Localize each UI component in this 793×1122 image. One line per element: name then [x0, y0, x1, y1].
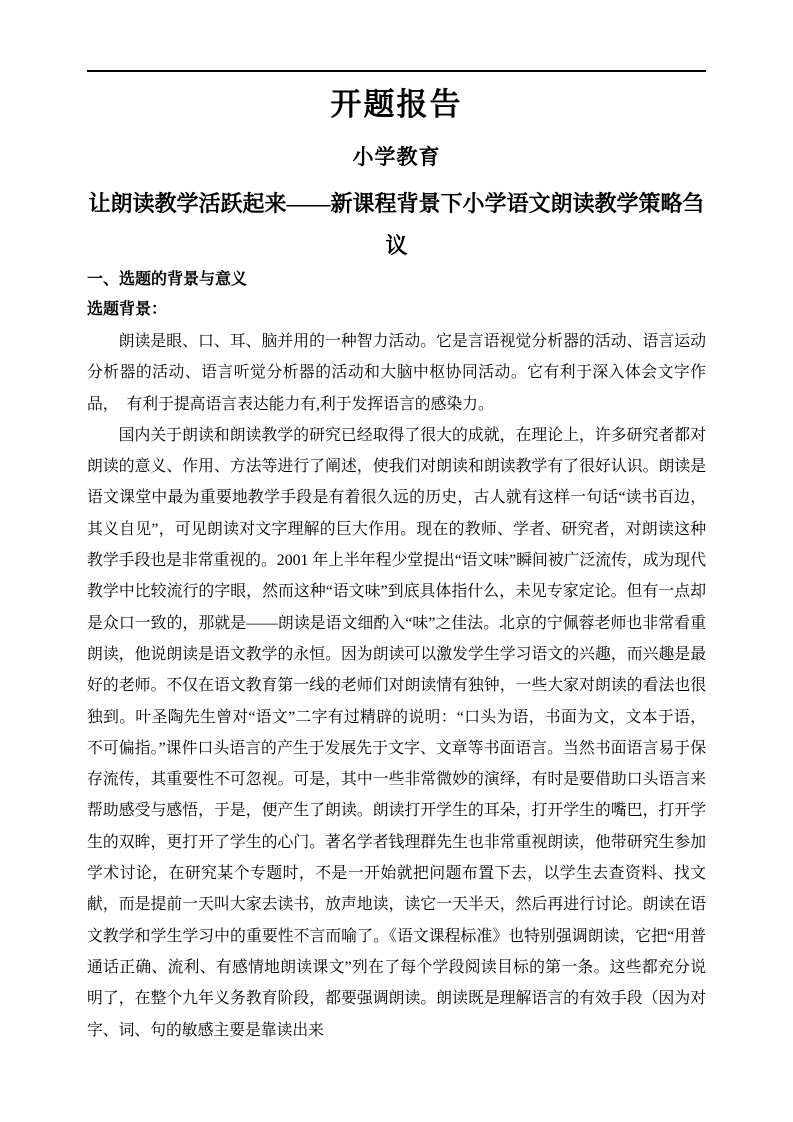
paragraph-domestic-research: 国内关于朗读和朗读教学的研究已经取得了很大的成就，在理论上，许多研究者都对朗读的…	[87, 420, 706, 1046]
document-page: 开题报告 小学教育 让朗读教学活跃起来——新课程背景下小学语文朗读教学策略刍议 …	[0, 0, 793, 1122]
document-subtitle: 小学教育	[87, 145, 706, 169]
header-divider	[87, 70, 706, 72]
thesis-title: 让朗读教学活跃起来——新课程背景下小学语文朗读教学策略刍议	[87, 183, 706, 267]
section-heading-background-significance: 一、选题的背景与意义	[87, 271, 706, 288]
document-title: 开题报告	[87, 88, 706, 122]
paragraph-reading-definition: 朗读是眼、口、耳、脑并用的一种智力活动。它是言语视觉分析器的活动、语言运动分析器…	[87, 326, 706, 420]
topic-background-label: 选题背景：	[87, 301, 706, 318]
